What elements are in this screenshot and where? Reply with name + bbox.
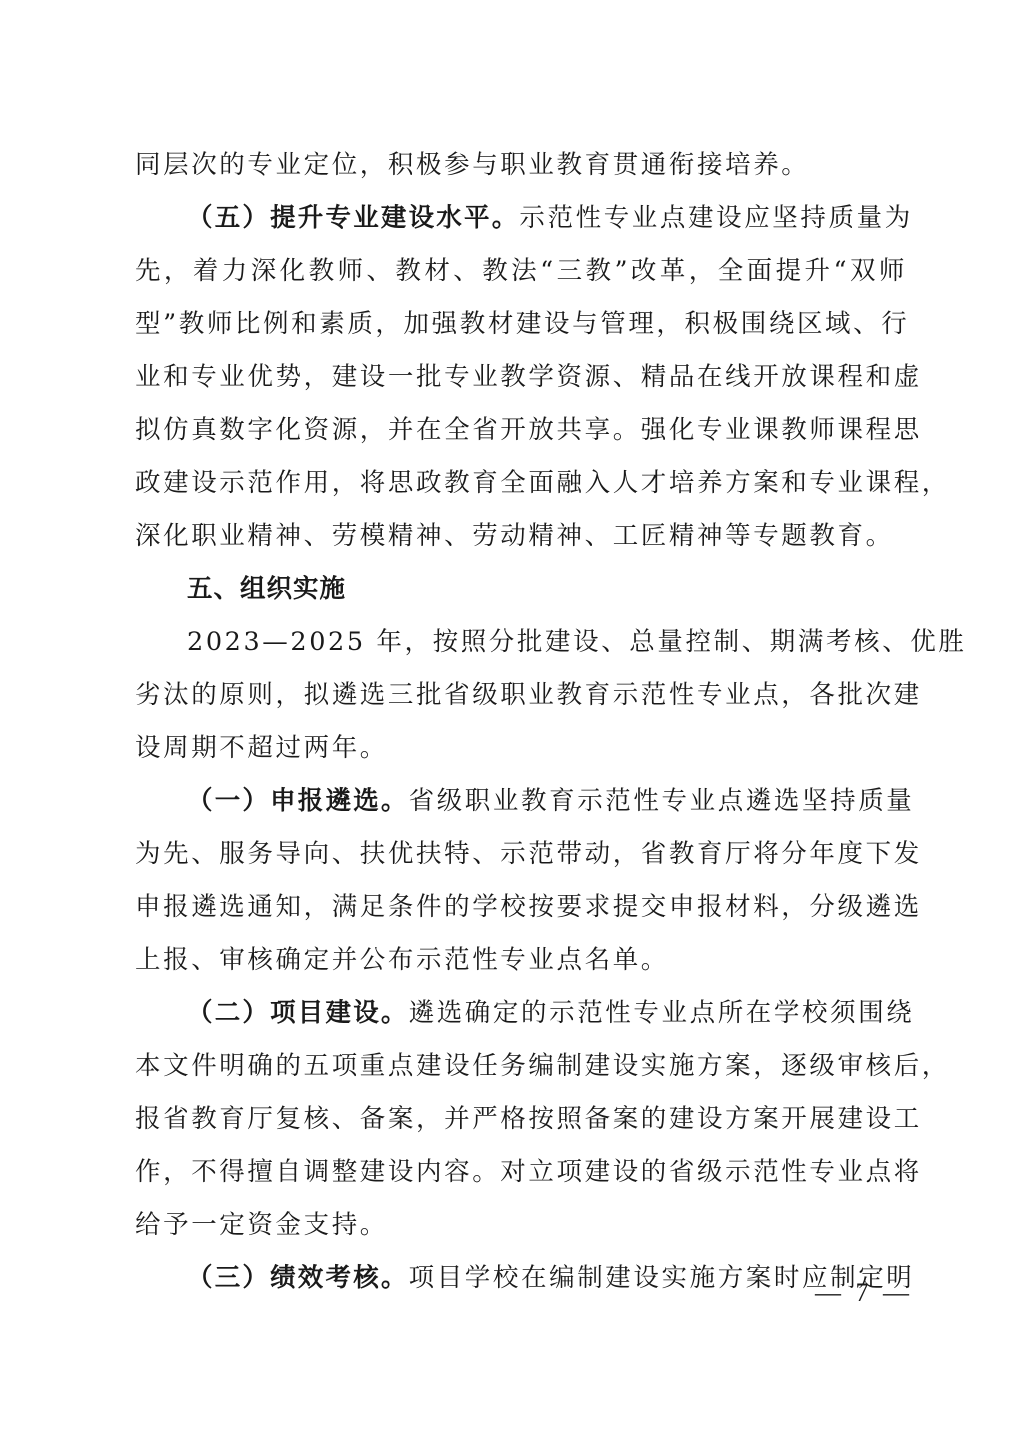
paragraph-line: 设周期不超过两年。 [135,728,907,781]
paragraph-line: 2023—2025 年，按照分批建设、总量控制、期满考核、优胜 [135,622,907,675]
paragraph-line: 作，不得擅自调整建设内容。对立项建设的省级示范性专业点将 [135,1152,907,1205]
subsection-heading: （五）提升专业建设水平。 [187,203,519,233]
document-body: 同层次的专业定位，积极参与职业教育贯通衔接培养。 （五）提升专业建设水平。示范性… [135,145,907,1311]
line-text: 省级职业教育示范性专业点遴选坚持质量 [409,786,915,816]
paragraph-line: 深化职业精神、劳模精神、劳动精神、工匠精神等专题教育。 [135,516,907,569]
paragraph-line: 报省教育厅复核、备案，并严格按照备案的建设方案开展建设工 [135,1099,907,1152]
subsection-heading: （一）申报遴选。 [187,786,409,816]
line-text: 为先、服务导向、扶优扶特、示范带动，省教育厅将分年度下发 [135,839,922,869]
subsection-five-title: （五）提升专业建设水平。示范性专业点建设应坚持质量为 [135,198,907,251]
line-text: 本文件明确的五项重点建设任务编制建设实施方案，逐级审核后， [135,1051,950,1081]
line-text: 先，着力深化教师、教材、教法“三教”改革，全面提升“双师 [135,256,907,286]
line-text: 业和专业优势，建设一批专业教学资源、精品在线开放课程和虚 [135,362,922,392]
line-text: 作，不得擅自调整建设内容。对立项建设的省级示范性专业点将 [135,1157,922,1187]
paragraph-line: 先，着力深化教师、教材、教法“三教”改革，全面提升“双师 [135,251,907,304]
line-text: 拟仿真数字化资源，并在全省开放共享。强化专业课教师课程思 [135,415,922,445]
line-text: 同层次的专业定位，积极参与职业教育贯通衔接培养。 [135,150,809,180]
section-title: 五、组织实施 [187,574,346,604]
line-text: 设周期不超过两年。 [135,733,388,763]
line-text: 遴选确定的示范性专业点所在学校须围绕 [409,998,915,1028]
line-text: 示范性专业点建设应坚持质量为 [519,203,912,233]
paragraph-line: 拟仿真数字化资源，并在全省开放共享。强化专业课教师课程思 [135,410,907,463]
line-text: 上报、审核确定并公布示范性专业点名单。 [135,945,669,975]
subsection-one-title: （一）申报遴选。省级职业教育示范性专业点遴选坚持质量 [135,781,907,834]
line-text: 申报遴选通知，满足条件的学校按要求提交申报材料，分级遴选 [135,892,922,922]
paragraph-line: 申报遴选通知，满足条件的学校按要求提交申报材料，分级遴选 [135,887,907,940]
line-text: 给予一定资金支持。 [135,1210,388,1240]
paragraph-line: 业和专业优势，建设一批专业教学资源、精品在线开放课程和虚 [135,357,907,410]
page-number: — 7 — [815,1278,913,1308]
paragraph-line: 给予一定资金支持。 [135,1205,907,1258]
section-heading: 五、组织实施 [135,569,907,622]
line-text: 报省教育厅复核、备案，并严格按照备案的建设方案开展建设工 [135,1104,922,1134]
line-text: 深化职业精神、劳模精神、劳动精神、工匠精神等专题教育。 [135,521,894,551]
paragraph-line: 为先、服务导向、扶优扶特、示范带动，省教育厅将分年度下发 [135,834,907,887]
paragraph-line: 劣汰的原则，拟遴选三批省级职业教育示范性专业点，各批次建 [135,675,907,728]
paragraph-line: 政建设示范作用，将思政教育全面融入人才培养方案和专业课程， [135,463,907,516]
paragraph-line: 型”教师比例和素质，加强教材建设与管理，积极围绕区域、行 [135,304,907,357]
subsection-two-title: （二）项目建设。遴选确定的示范性专业点所在学校须围绕 [135,993,907,1046]
subsection-heading: （三）绩效考核。 [187,1263,409,1293]
subsection-three-title: （三）绩效考核。项目学校在编制建设实施方案时应制定明 [135,1258,907,1311]
line-text: 劣汰的原则，拟遴选三批省级职业教育示范性专业点，各批次建 [135,680,922,710]
paragraph-line: 同层次的专业定位，积极参与职业教育贯通衔接培养。 [135,145,907,198]
line-text: 2023—2025 年，按照分批建设、总量控制、期满考核、优胜 [187,627,967,657]
line-text: 政建设示范作用，将思政教育全面融入人才培养方案和专业课程， [135,468,950,498]
line-text: 型”教师比例和素质，加强教材建设与管理，积极围绕区域、行 [135,309,909,339]
paragraph-line: 上报、审核确定并公布示范性专业点名单。 [135,940,907,993]
subsection-heading: （二）项目建设。 [187,998,409,1028]
paragraph-line: 本文件明确的五项重点建设任务编制建设实施方案，逐级审核后， [135,1046,907,1099]
